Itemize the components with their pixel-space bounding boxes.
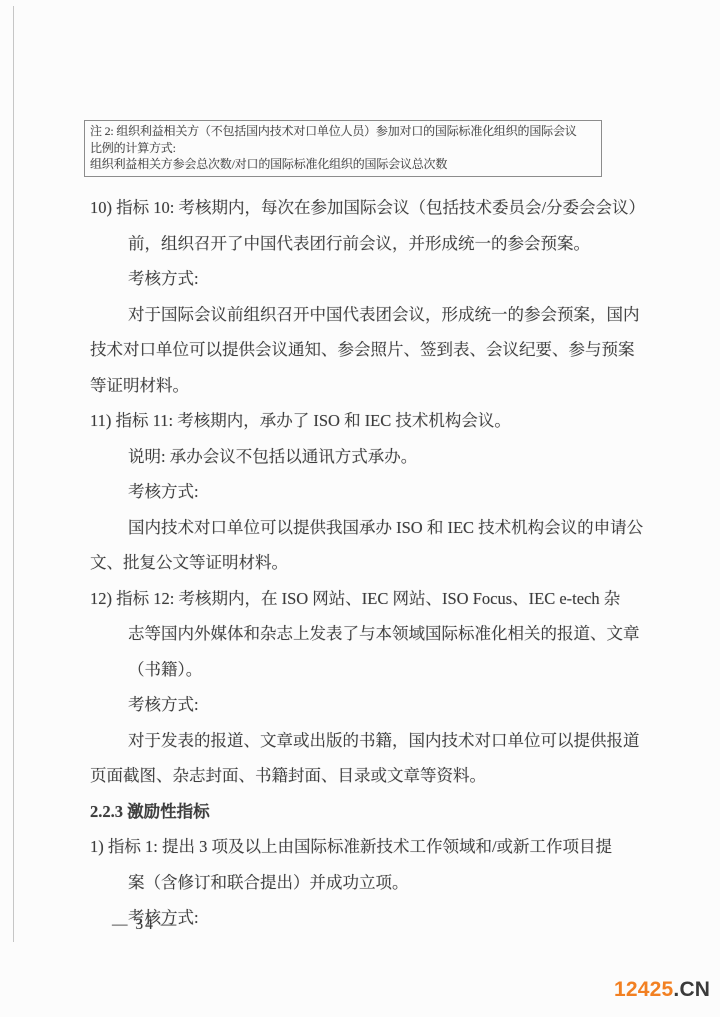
text-line: 等证明材料。 [90,368,665,404]
text-line: 10) 指标 10: 考核期内，每次在参加国际会议（包括技术委员会/分委会会议） [90,190,665,226]
text-line: 文、批复公文等证明材料。 [90,545,665,581]
text-line: 12) 指标 12: 考核期内，在 ISO 网站、IEC 网站、ISO Focu… [90,581,665,617]
note-box: 注 2: 组织利益相关方（不包括国内技术对口单位人员）参加对口的国际标准化组织的… [84,120,602,177]
text-line: 案（含修订和联合提出）并成功立项。 [90,865,665,901]
text-line: 1) 指标 1: 提出 3 项及以上由国际标准新技术工作领域和/或新工作项目提 [90,829,665,865]
text-line: 国内技术对口单位可以提供我国承办 ISO 和 IEC 技术机构会议的申请公 [90,510,665,546]
scanned-document-page: 注 2: 组织利益相关方（不包括国内技术对口单位人员）参加对口的国际标准化组织的… [0,0,720,1017]
note-line: 注 2: 组织利益相关方（不包括国内技术对口单位人员）参加对口的国际标准化组织的… [90,123,596,140]
text-line: 对于国际会议前组织召开中国代表团会议，形成统一的参会预案，国内 [90,297,665,333]
text-line: 说明: 承办会议不包括以通讯方式承办。 [90,439,665,475]
text-line: 11) 指标 11: 考核期内，承办了 ISO 和 IEC 技术机构会议。 [90,403,665,439]
text-line: （书籍）。 [90,652,665,688]
text-line: 页面截图、杂志封面、书籍封面、目录或文章等资料。 [90,758,665,794]
watermark-number: 12425 [614,978,673,1001]
note-line: 比例的计算方式: [90,140,596,157]
text-line: 对于发表的报道、文章或出版的书籍，国内技术对口单位可以提供报道 [90,723,665,759]
document-body: 10) 指标 10: 考核期内，每次在参加国际会议（包括技术委员会/分委会会议）… [90,190,665,936]
note-line: 组织利益相关方参会总次数/对口的国际标准化组织的国际会议总次数 [90,156,596,173]
text-line: 考核方式: [90,474,665,510]
text-line: 技术对口单位可以提供会议通知、参会照片、签到表、会议纪要、参与预案 [90,332,665,368]
scan-edge-line [13,6,14,942]
watermark-tld: .CN [673,978,710,1001]
watermark: 12425.CN [614,978,710,1002]
text-line: 前，组织召开了中国代表团行前会议，并形成统一的参会预案。 [90,226,665,262]
page-number: — 34 — [112,916,178,934]
text-line: 考核方式: [90,261,665,297]
section-heading: 2.2.3 激励性指标 [90,794,665,830]
text-line: 志等国内外媒体和杂志上发表了与本领域国际标准化相关的报道、文章 [90,616,665,652]
text-line: 考核方式: [90,687,665,723]
